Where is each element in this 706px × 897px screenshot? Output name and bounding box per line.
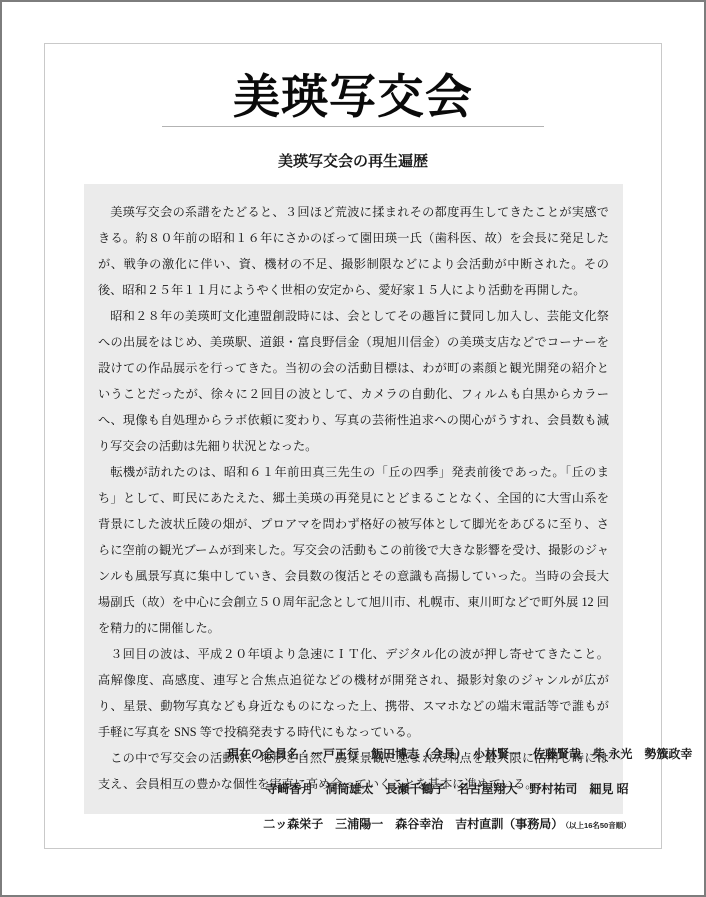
paragraph-3: 転機が訪れたのは、昭和６１年前田真三先生の「丘の四季」発表前後であった。「丘のま…	[98, 459, 609, 641]
member-row-1: 現在の会員名：一戸正行 飯田博志（会長） 小林賢一 佐藤賢哉 柴 永光 勢籏政幸	[227, 746, 667, 762]
paragraph-2: 昭和２８年の美瑛町文化連盟創設時には、会としてその趣旨に賛同し加入し、芸能文化祭…	[98, 303, 609, 459]
history-text-box: 美瑛写交会の系譜をたどると、３回ほど荒波に揉まれその都度再生してきたことが実感で…	[84, 184, 623, 814]
member-row-3: 二ッ森栄子 三浦陽一 森谷幸治 吉村直訓（事務局）（以上16名50音順）	[227, 816, 667, 834]
member-row-2: 寺﨑香月 洞筒雄太 長瀬千鶴子 名古屋翔大 野村祐司 細見 昭	[227, 781, 667, 797]
page-title: 美瑛写交会	[45, 60, 661, 127]
document-page: { "page": { "title": "美瑛写交会", "subtitle"…	[0, 0, 706, 897]
page-subtitle: 美瑛写交会の再生遍歴	[45, 150, 661, 171]
member-row-1-text: 現在の会員名：一戸正行 飯田博志（会長） 小林賢一 佐藤賢哉 柴 永光 勢籏政幸	[227, 747, 692, 761]
member-count-note: （以上16名50音順）	[565, 821, 630, 830]
paragraph-1: 美瑛写交会の系譜をたどると、３回ほど荒波に揉まれその都度再生してきたことが実感で…	[98, 199, 609, 303]
member-row-2-text: 寺﨑香月 洞筒雄太 長瀬千鶴子 名古屋翔大 野村祐司 細見 昭	[265, 782, 628, 796]
title-divider	[162, 126, 544, 127]
member-list: 現在の会員名：一戸正行 飯田博志（会長） 小林賢一 佐藤賢哉 柴 永光 勢籏政幸…	[227, 746, 667, 853]
document-sheet: 美瑛写交会 美瑛写交会の再生遍歴 美瑛写交会の系譜をたどると、３回ほど荒波に揉ま…	[44, 43, 662, 849]
member-row-3-text: 二ッ森栄子 三浦陽一 森谷幸治 吉村直訓（事務局）	[263, 817, 563, 831]
paragraph-4: ３回目の波は、平成２０年頃より急速にＩＴ化、デジタル化の波が押し寄せてきたこと。…	[98, 641, 609, 745]
